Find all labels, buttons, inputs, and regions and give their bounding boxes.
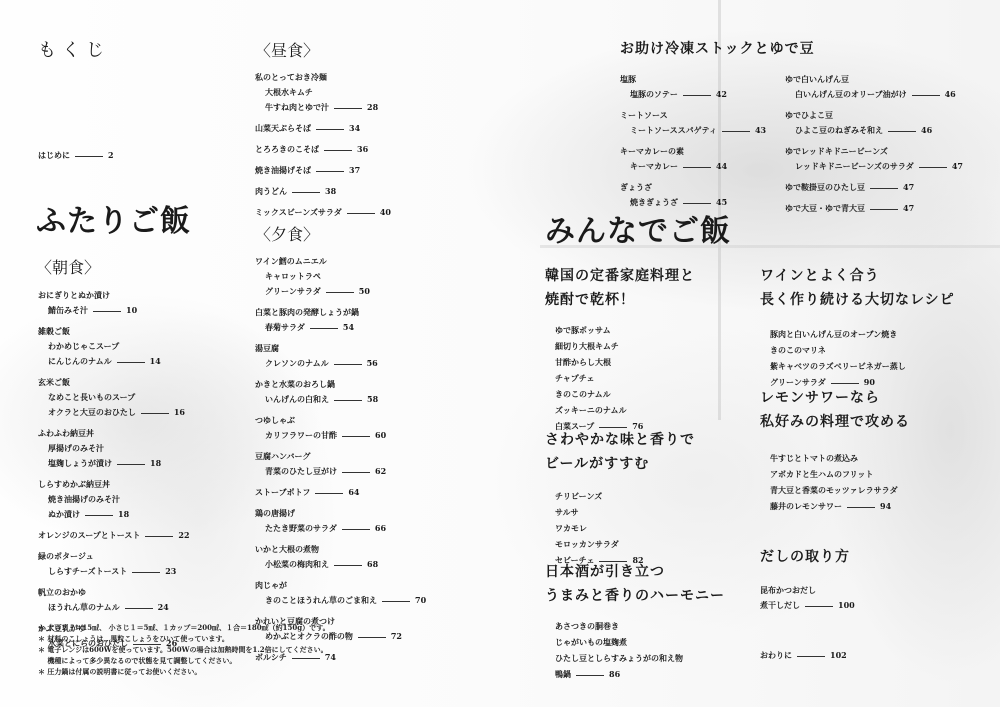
toc-label: しらすめかぶ納豆丼 (38, 479, 110, 489)
page-number: 28 (367, 102, 378, 112)
toc-entry-intro[interactable]: はじめに2 (38, 148, 114, 163)
page-number: 64 (348, 487, 359, 497)
leader-line (722, 131, 750, 132)
toc-entry[interactable]: 肉うどん38 (255, 184, 391, 199)
toc-entry[interactable]: じゃがいもの塩麹煮 (545, 634, 725, 650)
leader-line (125, 608, 153, 609)
page-number: 46 (921, 125, 932, 135)
heading-dinner: 〈夕食〉 (255, 222, 319, 245)
leader-line (576, 675, 604, 676)
leader-line (683, 167, 711, 168)
leader-line (324, 150, 352, 151)
toc-label: オレンジのスープとトースト (38, 530, 140, 540)
toc-entry[interactable]: ひよこ豆のねぎみそ和え46 (785, 123, 963, 138)
breakfast-list: おにぎりとぬか漬け鯖缶みそ汁10雑穀ご飯わかめじゃこスープにんじんのナムル14玄… (38, 288, 190, 657)
page-number: 58 (367, 394, 378, 404)
toc-group: ゆで白いんげん豆白いんげん豆のオリーブ油がけ46 (785, 72, 963, 102)
leader-line (93, 311, 121, 312)
toc-entry[interactable]: 青大豆と香菜のモッツァレラサラダ (760, 482, 910, 498)
page-number: 22 (178, 530, 189, 540)
page-number: 46 (945, 89, 956, 99)
page-number: 10 (126, 305, 137, 315)
toc-entry[interactable]: レッドキドニービーンズのサラダ47 (785, 159, 963, 174)
korean-block: 韓国の定番家庭料理と 焼酎で乾杯！ ゆで豚ポッサム細切り大根キムチ甘酢からし大根… (545, 264, 695, 434)
toc-entry[interactable]: 塩麹しょうが漬け18 (38, 456, 190, 471)
toc-entry[interactable]: 細切り大根キムチ (545, 338, 695, 354)
page-number: 43 (755, 125, 766, 135)
toc-entry[interactable]: キャロットラペ (255, 269, 426, 284)
toc-entry[interactable]: かきと水菜のおろし鍋 (255, 377, 426, 392)
toc-entry[interactable]: モロッカンサラダ (545, 536, 695, 552)
toc-group: かきと水菜のおろし鍋いんげんの白和え58 (255, 377, 426, 407)
toc-entry[interactable]: クレソンのナムル56 (255, 356, 426, 371)
heading-breakfast: 〈朝食〉 (36, 255, 100, 278)
toc-group: 肉じゃがきのことほうれん草のごま和え70 (255, 578, 426, 608)
toc-label: クレソンのナムル (265, 358, 329, 368)
leader-line (847, 507, 875, 508)
toc-entry[interactable]: チリビーンズ (545, 488, 695, 504)
toc-label: 青菜のひたし豆がけ (265, 466, 337, 476)
leader-line (347, 213, 375, 214)
toc-label: 小松菜の梅肉和え (265, 559, 329, 569)
toc-label: 煮干しだし (760, 600, 800, 610)
subtitle-line: うまみと香りのハーモニー (545, 584, 725, 608)
toc-label: 白いんげん豆のオリーブ油がけ (795, 89, 907, 99)
toc-entry[interactable]: 焼き油揚げそば37 (255, 163, 391, 178)
toc-label: ゆでレッドキドニービーンズ (785, 146, 888, 156)
leader-line (334, 108, 362, 109)
leader-line (117, 464, 145, 465)
toc-entry[interactable]: 甘酢からし大根 (545, 354, 695, 370)
page-number: 42 (716, 89, 727, 99)
toc-entry[interactable]: 小松菜の梅肉和え68 (255, 557, 426, 572)
toc-entry[interactable]: ミートソーススパゲティ43 (620, 123, 766, 138)
beer-block: さわやかな味と香りで ビールがすすむ チリビーンズサルサワカモレモロッカンサラダ… (545, 428, 695, 568)
page-number: 24 (158, 602, 169, 612)
toc-entry[interactable]: とろろきのこそば36 (255, 142, 391, 157)
toc-entry[interactable]: 鯖缶みそ汁10 (38, 303, 190, 318)
toc-label: チリビーンズ (555, 491, 602, 501)
toc-label: ひよこ豆のねぎみそ和え (795, 125, 883, 135)
toc-group: 豆腐ハンバーグ青菜のひたし豆がけ62 (255, 449, 426, 479)
leader-line (358, 637, 386, 638)
toc-label: 大根水キムチ (265, 87, 313, 97)
toc-entry[interactable]: 玄米ご飯 (38, 375, 190, 390)
toc-entry[interactable]: 緑のポタージュ (38, 549, 190, 564)
page-number: 18 (150, 458, 161, 468)
toc-group: 焼き油揚げそば37 (255, 163, 391, 178)
toc-group: 塩豚塩豚のソテー42 (620, 72, 766, 102)
toc-entry[interactable]: 肉じゃが (255, 578, 426, 593)
toc-label: とろろきのこそば (255, 144, 319, 154)
toc-entry[interactable]: 青菜のひたし豆がけ62 (255, 464, 426, 479)
toc-label: チャプチェ (555, 373, 595, 383)
toc-entry[interactable]: 藤井のレモンサワー94 (760, 498, 910, 514)
toc-entry[interactable]: きのこのナムル (545, 386, 695, 402)
leader-line (310, 328, 338, 329)
toc-label: 豆腐ハンバーグ (255, 451, 310, 461)
toc-entry[interactable]: おにぎりとぬか漬け (38, 288, 190, 303)
toc-label: 肉うどん (255, 186, 287, 196)
leader-line (316, 129, 344, 130)
toc-entry[interactable]: キーマカレー44 (620, 159, 766, 174)
sake-block: 日本酒が引き立つ うまみと香りのハーモニー あさつきの胴巻きじゃがいもの塩麹煮ひ… (545, 560, 725, 682)
toc-label: かきと水菜のおろし鍋 (255, 379, 335, 389)
leader-line (85, 515, 113, 516)
page-number: 60 (375, 430, 386, 440)
toc-entry[interactable]: 豆腐ハンバーグ (255, 449, 426, 464)
subtitle-line: 私好みの料理で攻める (760, 410, 910, 434)
dashi-list: 昆布かつおだし煮干しだし100 (760, 583, 855, 613)
toc-entry[interactable]: しらすチーズトースト23 (38, 564, 190, 579)
leader-line (132, 572, 160, 573)
toc-entry[interactable]: 牛すじとトマトの煮込み (760, 450, 910, 466)
toc-entry[interactable]: 焼き油揚げのみそ汁 (38, 492, 190, 507)
leader-line (342, 472, 370, 473)
toc-entry[interactable]: 豚肉と白いんげん豆のオーブン焼き (760, 326, 955, 342)
toc-entry[interactable]: きのこのマリネ (760, 342, 955, 358)
page-number: 2 (108, 150, 114, 160)
toc-entry[interactable]: ゆで白いんげん豆 (785, 72, 963, 87)
page-number: 70 (415, 595, 426, 605)
toc-entry[interactable]: ズッキーニのナムル (545, 402, 695, 418)
toc-entry[interactable]: ワイン鱈のムニエル (255, 254, 426, 269)
leader-line (117, 362, 145, 363)
page-number: 37 (349, 165, 360, 175)
toc-entry[interactable]: 私のとっておき冷麺 (255, 70, 391, 85)
toc-label: ぎょうざ (620, 182, 652, 192)
toc-label: 厚揚げのみそ汁 (48, 443, 104, 453)
toc-label: 焼き油揚げそば (255, 165, 311, 175)
subtitle-line: ワインとよく合う (760, 264, 955, 288)
leader-line (145, 536, 173, 537)
toc-entry[interactable]: 塩豚 (620, 72, 766, 87)
subtitle-line: さわやかな味と香りで (545, 428, 695, 452)
page-number: 47 (903, 203, 914, 213)
toc-label: ミックスビーンズサラダ (255, 207, 342, 217)
toc-entry[interactable]: 厚揚げのみそ汁 (38, 441, 190, 456)
toc-label: ワカモレ (555, 523, 587, 533)
toc-entry[interactable]: キーマカレーの素 (620, 144, 766, 159)
toc-group: つゆしゃぶカリフラワーの甘酢60 (255, 413, 426, 443)
toc-entry[interactable]: あさつきの胴巻き (545, 618, 725, 634)
toc-group: 湯豆腐クレソンのナムル56 (255, 341, 426, 371)
leader-line (326, 292, 354, 293)
beer-list: チリビーンズサルサワカモレモロッカンサラダセビーチェ82 (545, 488, 695, 568)
toc-label: ワイン鱈のムニエル (255, 256, 327, 266)
page-number: 44 (716, 161, 727, 171)
toc-entry[interactable]: わかめじゃこスープ (38, 339, 190, 354)
toc-entry[interactable]: 鴨鍋86 (545, 666, 725, 682)
notes: ＊ 大さじ１＝15㎖、 小さじ１＝5㎖、１カップ＝200㎖、１合＝180㎖（約1… (38, 622, 330, 677)
leader-line (75, 156, 103, 157)
toc-label: 昆布かつおだし (760, 585, 816, 595)
page-number: 100 (838, 600, 855, 610)
lunch-list: 私のとっておき冷麺大根水キムチ牛すね肉とゆで汁28山菜天ぷらそば34とろろきのこ… (255, 70, 391, 226)
section-title-futari: ふたりご飯 (36, 196, 191, 240)
toc-label: オクラと大豆のおひたし (48, 407, 136, 417)
toc-group: いかと大根の煮物小松菜の梅肉和え68 (255, 542, 426, 572)
toc-entry[interactable]: グリーンサラダ50 (255, 284, 426, 299)
toc-label: いんげんの白和え (265, 394, 329, 404)
toc-entry[interactable]: カリフラワーの甘酢60 (255, 428, 426, 443)
toc-entry[interactable]: ミートソース (620, 108, 766, 123)
toc-entry[interactable]: にんじんのナムル14 (38, 354, 190, 369)
toc-entry[interactable]: チャプチェ (545, 370, 695, 386)
subtitle-line: 焼酎で乾杯！ (545, 288, 695, 312)
toc-label: 春菊サラダ (265, 322, 305, 332)
leader-line (334, 400, 362, 401)
toc-group: しらすめかぶ納豆丼焼き油揚げのみそ汁ぬか漬け18 (38, 477, 190, 522)
toc-label: 牛すじとトマトの煮込み (770, 453, 858, 463)
toc-label: ミートソーススパゲティ (630, 125, 717, 135)
toc-label: 豚肉と白いんげん豆のオーブン焼き (770, 329, 897, 339)
korean-list: ゆで豚ポッサム細切り大根キムチ甘酢からし大根チャプチェきのこのナムルズッキーニの… (545, 322, 695, 434)
toc-entry[interactable]: オクラと大豆のおひたし16 (38, 405, 190, 420)
page-number: 34 (349, 123, 360, 133)
toc-entry[interactable]: オレンジのスープとトースト22 (38, 528, 190, 543)
toc-entry[interactable]: きのことほうれん草のごま和え70 (255, 593, 426, 608)
toc-entry[interactable]: ミックスビーンズサラダ40 (255, 205, 391, 220)
toc-label: ゆで豚ポッサム (555, 325, 611, 335)
toc-group: ゆで鞍掛豆のひたし豆47 (785, 180, 963, 195)
page-number: 94 (880, 501, 891, 511)
toc-group: ミートソースミートソーススパゲティ43 (620, 108, 766, 138)
toc-label: アボカドと生ハムのフリット (770, 469, 873, 479)
leader-line (683, 203, 711, 204)
toc-group: 私のとっておき冷麺大根水キムチ牛すね肉とゆで汁28 (255, 70, 391, 115)
toc-group: 玄米ご飯なめこと長いものスープオクラと大豆のおひたし16 (38, 375, 190, 420)
subtitle-line: レモンサワーなら (760, 386, 910, 410)
subtitle-line: 韓国の定番家庭料理と (545, 264, 695, 288)
toc-entry[interactable]: 塩豚のソテー42 (620, 87, 766, 102)
leader-line (342, 529, 370, 530)
page-number: 72 (391, 631, 402, 641)
toc-entry[interactable]: 帆立のおかゆ (38, 585, 190, 600)
leader-line (382, 601, 410, 602)
toc-entry[interactable]: 鶏の唐揚げ (255, 506, 426, 521)
toc-label: 鶏の唐揚げ (255, 508, 295, 518)
toc-entry[interactable]: 湯豆腐 (255, 341, 426, 356)
toc-label: 青大豆と香菜のモッツァレラサラダ (770, 485, 898, 495)
toc-label: 鯖缶みそ汁 (48, 305, 88, 315)
subtitle-line: ビールがすすむ (545, 452, 695, 476)
toc-label: カリフラワーの甘酢 (265, 430, 337, 440)
toc-entry[interactable]: 白いんげん豆のオリーブ油がけ46 (785, 87, 963, 102)
toc-label: ミートソース (620, 110, 668, 120)
toc-entry[interactable]: ゆでレッドキドニービーンズ (785, 144, 963, 159)
toc-label: 塩豚 (620, 74, 636, 84)
stock-list-col2: ゆで白いんげん豆白いんげん豆のオリーブ油がけ46ゆでひよこ豆ひよこ豆のねぎみそ和… (785, 72, 963, 222)
page-number: 54 (343, 322, 354, 332)
page-number: 50 (359, 286, 370, 296)
toc-label: 肉じゃが (255, 580, 287, 590)
toc-label: 焼き油揚げのみそ汁 (48, 494, 120, 504)
toc-label: いかと大根の煮物 (255, 544, 319, 554)
section-title-minna: みんなでご飯 (545, 206, 731, 250)
toc-group: ゆでひよこ豆ひよこ豆のねぎみそ和え46 (785, 108, 963, 138)
toc-entry[interactable]: いんげんの白和え58 (255, 392, 426, 407)
toc-label: にんじんのナムル (48, 356, 112, 366)
toc-entry[interactable]: いかと大根の煮物 (255, 542, 426, 557)
toc-entry[interactable]: 昆布かつおだし (760, 583, 855, 598)
toc-label: 白菜と豚肉の発酵しょうが鍋 (255, 307, 359, 317)
page-number: 23 (165, 566, 176, 576)
note-line: 機種によって多少異なるので状態を見て調整してください。 (38, 655, 330, 666)
toc-label: ストーブポトフ (255, 487, 310, 497)
toc-label: きのことほうれん草のごま和え (265, 595, 377, 605)
toc-group: とろろきのこそば36 (255, 142, 391, 157)
toc-label: レッドキドニービーンズのサラダ (795, 161, 914, 171)
sake-list: あさつきの胴巻きじゃがいもの塩麹煮ひたし豆としらすみょうがの和え物鴨鍋86 (545, 618, 725, 682)
toc-entry[interactable]: 大根水キムチ (255, 85, 391, 100)
lemon-list: 牛すじとトマトの煮込みアボカドと生ハムのフリット青大豆と香菜のモッツァレラサラダ… (760, 450, 910, 514)
toc-label: キーマカレー (630, 161, 678, 171)
toc-entry[interactable]: ゆで鞍掛豆のひたし豆47 (785, 180, 963, 195)
toc-label: 甘酢からし大根 (555, 357, 611, 367)
toc-entry[interactable]: 紫キャベツのラズベリービネガー蒸し (760, 358, 955, 374)
toc-label: なめこと長いものスープ (48, 392, 135, 402)
toc-entry[interactable]: ストーブポトフ64 (255, 485, 426, 500)
page-number: 40 (380, 207, 391, 217)
toc-label: わかめじゃこスープ (48, 341, 119, 351)
toc-group: ゆでレッドキドニービーンズレッドキドニービーンズのサラダ47 (785, 144, 963, 174)
subtitle-line: 日本酒が引き立つ (545, 560, 725, 584)
toc-entry[interactable]: 白菜と豚肉の発酵しょうが鍋 (255, 305, 426, 320)
toc-group: 山菜天ぷらそば34 (255, 121, 391, 136)
toc-group: ゆで大豆・ゆで青大豆47 (785, 201, 963, 216)
toc-entry[interactable]: 煮干しだし100 (760, 598, 855, 613)
toc-label: 玄米ご飯 (38, 377, 70, 387)
toc-entry[interactable]: つゆしゃぶ (255, 413, 426, 428)
toc-entry[interactable]: ゆで豚ポッサム (545, 322, 695, 338)
toc-entry[interactable]: サルサ (545, 504, 695, 520)
toc-label: 湯豆腐 (255, 343, 279, 353)
dashi-heading: だしの取り方 (760, 545, 855, 569)
toc-entry[interactable]: ゆでひよこ豆 (785, 108, 963, 123)
toc-entry[interactable]: なめこと長いものスープ (38, 390, 190, 405)
toc-entry[interactable]: 雑穀ご飯 (38, 324, 190, 339)
toc-entry-outro[interactable]: おわりに102 (760, 648, 847, 663)
page-number: 102 (830, 650, 847, 660)
page-number: 18 (118, 509, 129, 519)
toc-label: キーマカレーの素 (620, 146, 684, 156)
toc-label: きのこのマリネ (770, 345, 826, 355)
toc-entry[interactable]: 春菊サラダ54 (255, 320, 426, 335)
lemon-block: レモンサワーなら 私好みの料理で攻める 牛すじとトマトの煮込みアボカドと生ハムの… (760, 386, 910, 514)
leader-line (334, 565, 362, 566)
toc-group: 白菜と豚肉の発酵しょうが鍋春菊サラダ54 (255, 305, 426, 335)
toc-label: あさつきの胴巻き (555, 621, 619, 631)
leader-line (805, 606, 833, 607)
toc-label: ふわふわ納豆丼 (38, 428, 94, 438)
toc-label: サルサ (555, 507, 579, 517)
leader-line (141, 413, 169, 414)
toc-entry[interactable]: ひたし豆としらすみょうがの和え物 (545, 650, 725, 666)
toc-group: ストーブポトフ64 (255, 485, 426, 500)
toc-group: 肉うどん38 (255, 184, 391, 199)
toc-group: 鶏の唐揚げたたき野菜のサラダ66 (255, 506, 426, 536)
leader-line (919, 167, 947, 168)
toc-label: ひたし豆としらすみょうがの和え物 (555, 653, 683, 663)
toc-entry[interactable]: アボカドと生ハムのフリット (760, 466, 910, 482)
subtitle-line: 長く作り続ける大切なレシピ (760, 288, 955, 312)
toc-label: じゃがいもの塩麹煮 (555, 637, 627, 647)
toc-entry[interactable]: ぬか漬け18 (38, 507, 190, 522)
toc-entry[interactable]: たたき野菜のサラダ66 (255, 521, 426, 536)
page-number: 47 (952, 161, 963, 171)
toc-label: しらすチーズトースト (48, 566, 127, 576)
toc-label: たたき野菜のサラダ (265, 523, 337, 533)
toc-label: 紫キャベツのラズベリービネガー蒸し (770, 361, 906, 371)
toc-entry[interactable]: ワカモレ (545, 520, 695, 536)
toc-group: 緑のポタージュしらすチーズトースト23 (38, 549, 190, 579)
toc-label: ゆで白いんげん豆 (785, 74, 849, 84)
toc-label: 雑穀ご飯 (38, 326, 70, 336)
wine-block: ワインとよく合う 長く作り続ける大切なレシピ 豚肉と白いんげん豆のオーブン焼きき… (760, 264, 955, 390)
note-line: ＊ 大さじ１＝15㎖、 小さじ１＝5㎖、１カップ＝200㎖、１合＝180㎖（約1… (38, 622, 330, 633)
dashi-block: だしの取り方 昆布かつおだし煮干しだし100 (760, 545, 855, 613)
page-title: もくじ (38, 36, 110, 62)
toc-label: ゆで大豆・ゆで青大豆 (785, 203, 865, 213)
toc-label: 塩麹しょうが漬け (48, 458, 112, 468)
toc-label: 山菜天ぷらそば (255, 123, 311, 133)
page-number: 68 (367, 559, 378, 569)
toc-entry[interactable]: しらすめかぶ納豆丼 (38, 477, 190, 492)
leader-line (888, 131, 916, 132)
leader-line (797, 656, 825, 657)
toc-group: ワイン鱈のムニエルキャロットラペグリーンサラダ50 (255, 254, 426, 299)
wine-list: 豚肉と白いんげん豆のオーブン焼ききのこのマリネ紫キャベツのラズベリービネガー蒸し… (760, 326, 955, 390)
toc-label: つゆしゃぶ (255, 415, 295, 425)
toc-entry[interactable]: 山菜天ぷらそば34 (255, 121, 391, 136)
toc-label: ぬか漬け (48, 509, 80, 519)
toc-label: 牛すね肉とゆで汁 (265, 102, 329, 112)
stock-list-col1: 塩豚塩豚のソテー42ミートソースミートソーススパゲティ43キーマカレーの素キーマ… (620, 72, 766, 216)
toc-label: グリーンサラダ (265, 286, 321, 296)
leader-line (683, 95, 711, 96)
toc-group: 帆立のおかゆほうれん草のナムル24 (38, 585, 190, 615)
note-line: ＊ 材料のこしょうは、黒粒こしょうをひいて使っています。 (38, 633, 330, 644)
toc-label: ゆで鞍掛豆のひたし豆 (785, 182, 865, 192)
leader-line (912, 95, 940, 96)
toc-entry[interactable]: ほうれん草のナムル24 (38, 600, 190, 615)
leader-line (315, 493, 343, 494)
page-number: 16 (174, 407, 185, 417)
page-number: 38 (325, 186, 336, 196)
toc-label: おわりに (760, 650, 792, 660)
leader-line (316, 171, 344, 172)
toc-label: ゆでひよこ豆 (785, 110, 833, 120)
page-number: 66 (375, 523, 386, 533)
toc-label: 帆立のおかゆ (38, 587, 86, 597)
page-number: 47 (903, 182, 914, 192)
toc-group: オレンジのスープとトースト22 (38, 528, 190, 543)
toc-entry[interactable]: ゆで大豆・ゆで青大豆47 (785, 201, 963, 216)
toc-label: モロッカンサラダ (555, 539, 619, 549)
toc-entry[interactable]: ふわふわ納豆丼 (38, 426, 190, 441)
toc-group: キーマカレーの素キーマカレー44 (620, 144, 766, 174)
toc-entry[interactable]: ぎょうざ (620, 180, 766, 195)
toc-group: おにぎりとぬか漬け鯖缶みそ汁10 (38, 288, 190, 318)
toc-label: 藤井のレモンサワー (770, 501, 842, 511)
toc-entry[interactable]: 牛すね肉とゆで汁28 (255, 100, 391, 115)
toc-label: はじめに (38, 150, 70, 160)
toc-group: ミックスビーンズサラダ40 (255, 205, 391, 220)
toc-label: 細切り大根キムチ (555, 341, 619, 351)
note-line: ＊ 圧力鍋は付属の説明書に従ってお使いください。 (38, 666, 330, 677)
leader-line (292, 192, 320, 193)
